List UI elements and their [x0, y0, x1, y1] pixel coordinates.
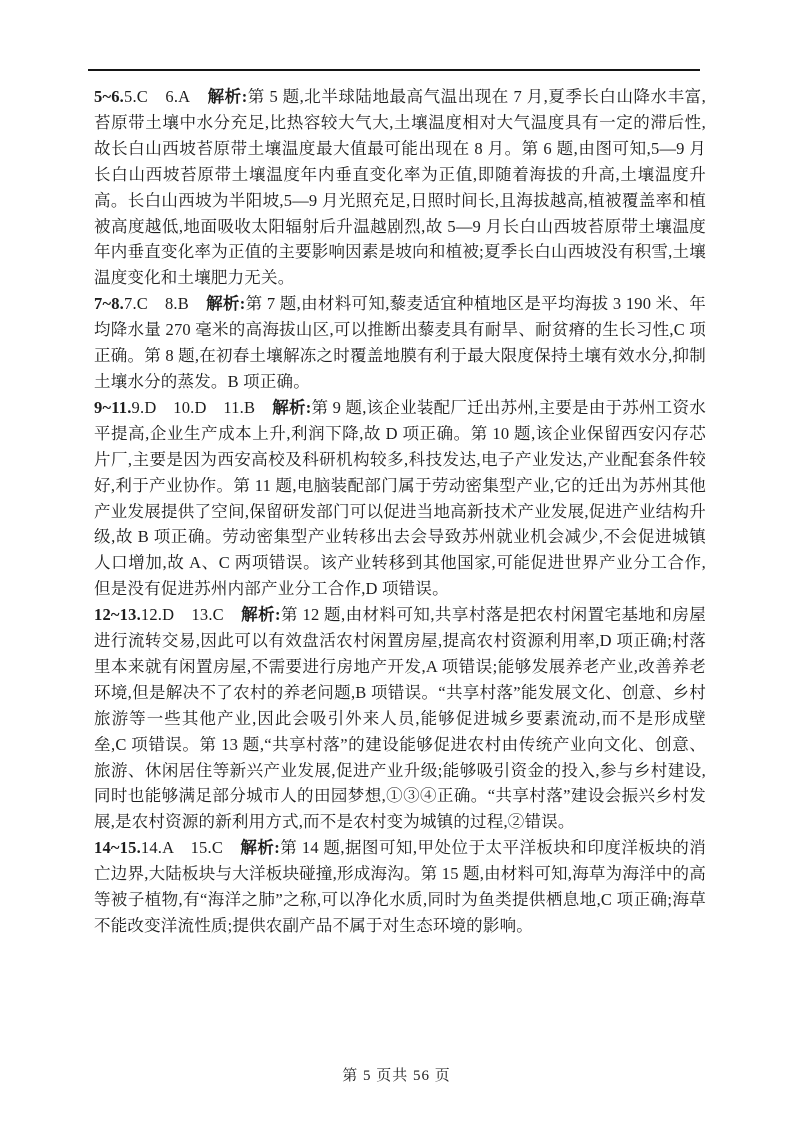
answer-explanations-section: 5~6.5.C 6.A解析:第 5 题,北半球陆地最高气温出现在 7 月,夏季长…	[94, 84, 706, 939]
answer-item-9-11: 9~11.9.D 10.D 11.B解析:第 9 题,该企业装配厂迁出苏州,主要…	[94, 395, 706, 602]
analysis-label: 解析:	[206, 294, 246, 313]
question-range: 12~13.	[94, 605, 141, 624]
document-page: 5~6.5.C 6.A解析:第 5 题,北半球陆地最高气温出现在 7 月,夏季长…	[0, 0, 793, 1122]
answer-letters: 14.A 15.C	[141, 838, 223, 857]
answer-letters: 5.C 6.A	[124, 87, 190, 106]
answer-item-14-15: 14~15.14.A 15.C解析:第 14 题,据图可知,甲处位于太平洋板块和…	[94, 835, 706, 939]
analysis-label: 解析:	[207, 87, 247, 106]
analysis-text: 第 9 题,该企业装配厂迁出苏州,主要是由于苏州工资水平提高,企业生产成本上升,…	[94, 398, 706, 598]
analysis-text: 第 12 题,由材料可知,共享村落是把农村闲置宅基地和房屋进行流转交易,因此可以…	[94, 605, 706, 831]
header-rule	[88, 69, 700, 71]
question-range: 5~6.	[94, 87, 124, 106]
question-range: 14~15.	[94, 838, 141, 857]
page-footer: 第 5 页共 56 页	[0, 1064, 793, 1085]
question-range: 7~8.	[94, 294, 124, 313]
answer-letters: 7.C 8.B	[124, 294, 189, 313]
answer-item-7-8: 7~8.7.C 8.B解析:第 7 题,由材料可知,藜麦适宜种植地区是平均海拔 …	[94, 291, 706, 395]
analysis-text: 第 5 题,北半球陆地最高气温出现在 7 月,夏季长白山降水丰富,苔原带土壤中水…	[94, 87, 706, 287]
analysis-label: 解析:	[240, 838, 280, 857]
answer-letters: 12.D 13.C	[141, 605, 224, 624]
answer-item-5-6: 5~6.5.C 6.A解析:第 5 题,北半球陆地最高气温出现在 7 月,夏季长…	[94, 84, 706, 291]
answer-item-12-13: 12~13.12.D 13.C解析:第 12 题,由材料可知,共享村落是把农村闲…	[94, 602, 706, 835]
analysis-label: 解析:	[272, 398, 311, 417]
question-range: 9~11.	[94, 398, 132, 417]
answer-letters: 9.D 10.D 11.B	[132, 398, 256, 417]
analysis-label: 解析:	[241, 605, 281, 624]
page-number: 第 5 页共 56 页	[342, 1068, 451, 1084]
